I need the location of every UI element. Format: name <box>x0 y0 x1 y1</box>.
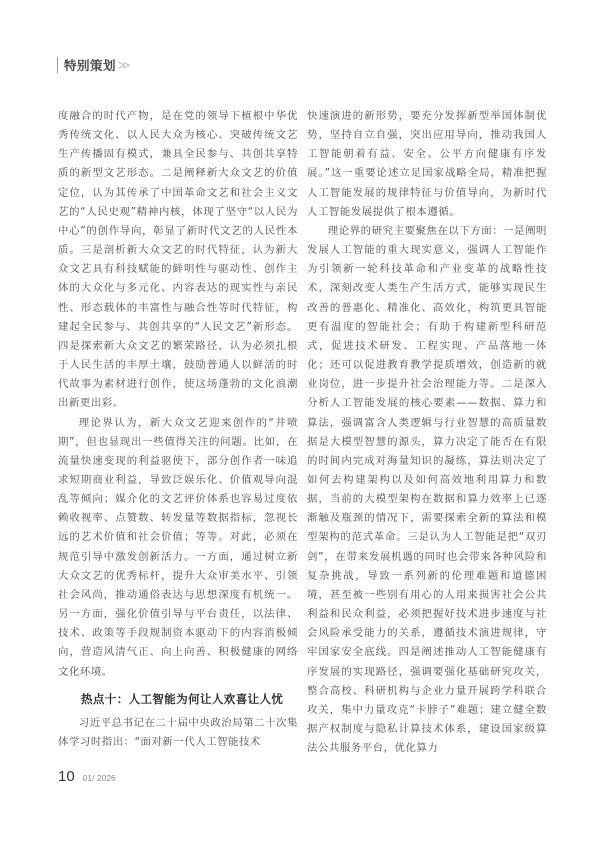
header-divider <box>57 57 58 73</box>
page-footer: 10 01/ 2026 <box>58 768 116 785</box>
page-number: 10 <box>58 768 75 785</box>
left-paragraph-1: 度融合的时代产物，是在党的领导下植根中华优秀传统文化、以人民大众为核心、突破传统… <box>58 107 298 414</box>
right-paragraph-2: 理论界的研究主要聚焦在以下方面：一是阐明发展人工智能的重大现实意义，强调人工智能… <box>307 222 547 758</box>
double-chevron-icon: ≫ <box>118 58 131 72</box>
right-column: 快速演进的新形势，要充分发挥新型举国体制优势，坚持自立自强，突出应用导向，推动我… <box>307 107 547 758</box>
section-title: 特别策划 <box>64 56 116 74</box>
hotspot-heading: 热点十：人工智能为何让人欢喜让人忧 <box>58 688 298 710</box>
right-paragraph-1: 快速演进的新形势，要充分发挥新型举国体制优势，坚持自立自强，突出应用导向，推动我… <box>307 107 547 222</box>
section-header: 特别策划 ≫ <box>57 55 131 75</box>
left-paragraph-2: 理论界认为，新大众文艺迎来创作的“井喷期”，但也显现出一些值得关注的问题。比如，… <box>58 414 298 682</box>
left-column: 度融合的时代产物，是在党的领导下植根中华优秀传统文化、以人民大众为核心、突破传统… <box>58 107 298 752</box>
issue-label: 01/ 2026 <box>83 773 116 783</box>
left-paragraph-3: 习近平总书记在二十届中央政治局第二十次集体学习时指出：“面对新一代人工智能技术 <box>58 714 298 752</box>
